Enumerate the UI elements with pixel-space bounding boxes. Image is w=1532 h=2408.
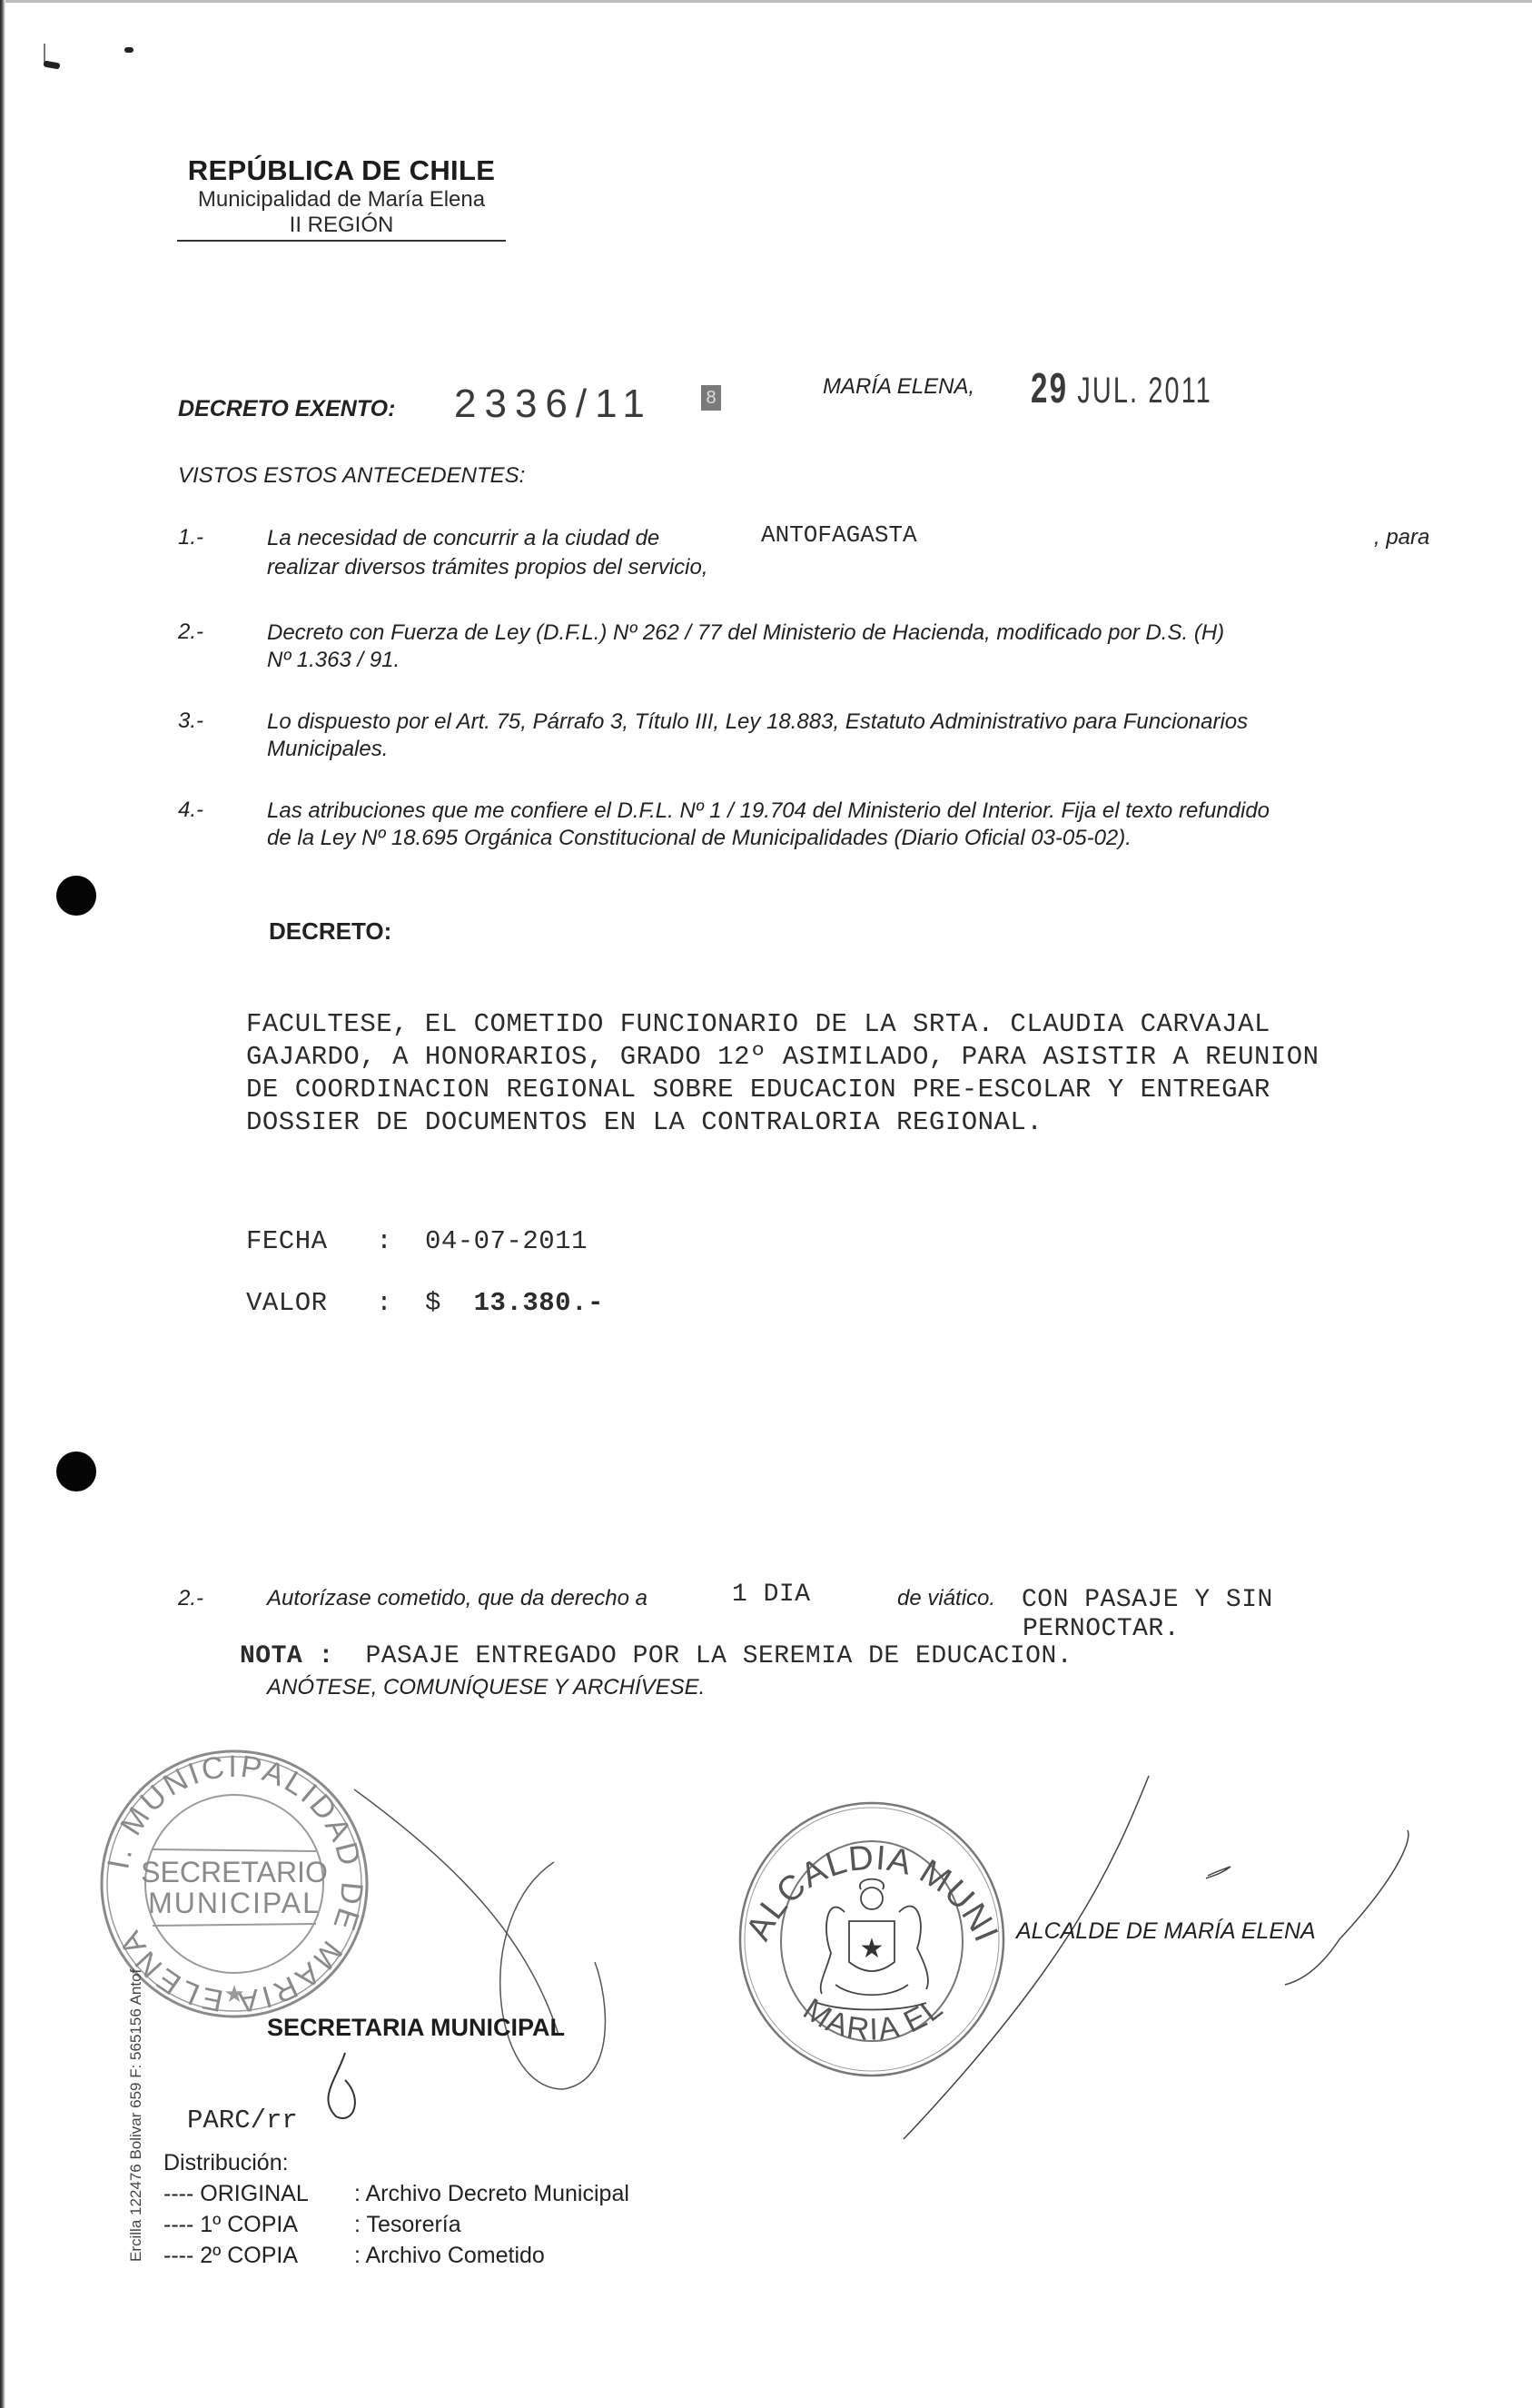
vistos-item-text: Nº 1.363 / 91. xyxy=(267,647,1420,674)
letterhead-region: II REGIÓN xyxy=(177,213,506,238)
hole-punch xyxy=(56,876,96,916)
distribution-destination: : Archivo Cometido xyxy=(354,2240,545,2271)
decreto-body: FACULTESE, EL COMETIDO FUNCIONARIO DE LA… xyxy=(246,1008,1427,1139)
hole-punch xyxy=(56,1452,96,1491)
distribution-row: ---- 1º COPIA : Tesorería xyxy=(163,2209,629,2240)
vistos-item-text: de la Ley Nº 18.695 Orgánica Constitucio… xyxy=(267,825,1420,852)
date-stamp-month-year: JUL. 2011 xyxy=(1077,371,1212,411)
vistos-item-text: Las atribuciones que me confiere el D.F.… xyxy=(267,798,1420,825)
distribution-copy: ---- 2º COPIA xyxy=(163,2240,354,2271)
decreto-body-line: GAJARDO, A HONORARIOS, GRADO 12º ASIMILA… xyxy=(246,1041,1427,1074)
fecha-row: FECHA : 04-07-2011 xyxy=(246,1226,588,1256)
vistos-item-text: Municipales. xyxy=(267,736,1420,763)
distribution-list: Distribución: ---- ORIGINAL : Archivo De… xyxy=(163,2147,629,2271)
scan-top-edge xyxy=(0,0,1532,3)
vistos-item-text: Decreto con Fuerza de Ley (D.F.L.) Nº 26… xyxy=(267,619,1420,647)
distribution-destination: : Tesorería xyxy=(354,2209,461,2240)
vistos-heading: VISTOS ESTOS ANTECEDENTES: xyxy=(178,463,525,489)
seal-center-line: SECRETARIO xyxy=(141,1856,328,1888)
vistos-item-number: 2.- xyxy=(178,619,203,645)
vistos-item-text: Lo dispuesto por el Art. 75, Párrafo 3, … xyxy=(267,709,1420,736)
authorization-days: 1 DIA xyxy=(732,1581,811,1609)
authorization-typed-note: CON PASAJE Y SIN xyxy=(1022,1586,1273,1614)
nota-text: PASAJE ENTREGADO POR LA SEREMIA DE EDUCA… xyxy=(365,1642,1072,1670)
nota-row: NOTA : PASAJE ENTREGADO POR LA SEREMIA D… xyxy=(240,1642,1072,1670)
separator: : xyxy=(328,1288,425,1318)
spacer xyxy=(441,1288,474,1318)
fecha-value: 04-07-2011 xyxy=(425,1226,588,1256)
decreto-body-line: FACULTESE, EL COMETIDO FUNCIONARIO DE LA… xyxy=(246,1008,1427,1041)
decreto-body-line: DE COORDINACION REGIONAL SOBRE EDUCACION… xyxy=(246,1074,1427,1106)
valor-amount: 13.380.- xyxy=(474,1288,604,1318)
vistos-item-number: 3.- xyxy=(178,709,203,734)
vistos-item-text: realizar diversos trámites propios del s… xyxy=(267,554,1420,581)
distribution-copy: ---- 1º COPIA xyxy=(163,2209,354,2240)
mayor-title: ALCALDE DE MARÍA ELENA xyxy=(1016,1918,1316,1945)
vistos-item-number: 1.- xyxy=(178,525,203,550)
spacer xyxy=(334,1642,366,1670)
letterhead-municipality: Municipalidad de María Elena xyxy=(177,187,506,213)
fecha-label: FECHA xyxy=(246,1226,328,1256)
date-stamp: 29 JUL. 2011 xyxy=(1031,363,1212,412)
destination-city: ANTOFAGASTA xyxy=(761,521,917,549)
mayor-signature xyxy=(904,1767,1467,2148)
valor-row: VALOR : $ 13.380.- xyxy=(246,1288,604,1318)
letterhead: REPÚBLICA DE CHILE Municipalidad de Marí… xyxy=(177,154,506,238)
authorization-viatico: de viático. xyxy=(897,1586,995,1611)
initials: PARC/rr xyxy=(187,2106,298,2135)
valor-label: VALOR xyxy=(246,1288,328,1318)
date-stamp-day: 29 xyxy=(1031,364,1068,411)
printer-imprint: Ercilla 122476 Bolivar 659 F: 565156 Ant… xyxy=(127,1969,145,2262)
nota-label: NOTA : xyxy=(240,1642,334,1670)
letterhead-rule xyxy=(177,240,506,242)
distribution-row: ---- ORIGINAL : Archivo Decreto Municipa… xyxy=(163,2178,629,2209)
secretary-title: SECRETARIA MUNICIPAL xyxy=(267,2014,565,2042)
vistos-item-text: , para xyxy=(1374,525,1429,550)
authorization-number: 2.- xyxy=(178,1586,203,1611)
decreto-body-line: DOSSIER DE DOCUMENTOS EN LA CONTRALORIA … xyxy=(246,1106,1427,1139)
decree-number: 2336/11 xyxy=(454,382,653,427)
valor-currency: $ xyxy=(425,1288,441,1318)
secretary-signature xyxy=(345,1780,618,2107)
svg-text:★: ★ xyxy=(860,1933,885,1965)
authorization-text: Autorízase cometido, que da derecho a xyxy=(267,1586,647,1611)
scan-speck xyxy=(44,60,61,69)
closing-formula: ANÓTESE, COMUNÍQUESE Y ARCHÍVESE. xyxy=(267,1675,705,1700)
letterhead-country: REPÚBLICA DE CHILE xyxy=(177,154,506,187)
star-icon: ★ xyxy=(223,1981,244,2008)
decree-label: DECRETO EXENTO: xyxy=(178,396,395,422)
scan-left-edge xyxy=(0,0,5,2408)
decree-place: MARÍA ELENA, xyxy=(823,374,974,400)
distribution-heading: Distribución: xyxy=(163,2147,629,2178)
decreto-heading: DECRETO: xyxy=(269,917,391,946)
distribution-row: ---- 2º COPIA : Archivo Cometido xyxy=(163,2240,629,2271)
distribution-destination: : Archivo Decreto Municipal xyxy=(354,2178,629,2209)
distribution-copy: ---- ORIGINAL xyxy=(163,2178,354,2209)
vistos-item-number: 4.- xyxy=(178,798,203,823)
authorization-typed-note: PERNOCTAR. xyxy=(1023,1615,1180,1643)
scan-speck xyxy=(124,47,133,53)
separator: : xyxy=(328,1226,425,1256)
decree-stamp-badge: 8 xyxy=(701,385,721,411)
seal-center-line: MUNICIPAL xyxy=(148,1887,321,1919)
